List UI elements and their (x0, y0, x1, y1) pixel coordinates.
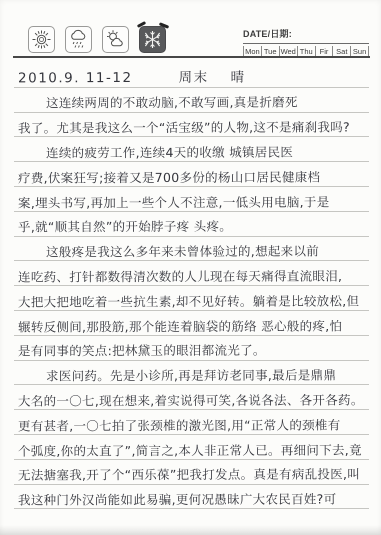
handwriting-line: 求医问药。先是小诊所,再是拜访老同事,最后是鼎鼎 (14, 361, 369, 386)
handwriting-line: 辗转反侧间,那股筋,那个能连着脑袋的筋络 恶心般的疼,怕 (14, 311, 369, 336)
notebook-header: DATE/日期: Mon Tue Wed Thu Fir Sat Sun (0, 0, 381, 58)
ruled-writing-area: 2010.9. 11-12周末晴 这连续两周的不敢动脑,不敢写画,真是折磨死 我… (14, 63, 369, 509)
header-divider (13, 56, 370, 58)
handwriting-line: 更有甚者,一〇七拍了张颈椎的激光图,用“正常人的颈椎有 (14, 410, 369, 435)
date-block: DATE/日期: Mon Tue Wed Thu Fir Sat Sun (243, 27, 369, 58)
handwriting-line: 是有同事的笑点:把林黛玉的眼泪都流光了。 (14, 336, 369, 361)
handwriting-line: 我这种门外汉尚能如此易骗,更何况愚昧广大农民百姓?可 (14, 485, 369, 510)
handwriting-line: 大名的一〇七,现在想来,着实说得可笑,各说各法、各开各药。 (14, 385, 369, 410)
handwriting-line: 连吃药、打针都数得清次数的人儿现在每天痛得直流眼泪, (14, 261, 369, 286)
entry-week: 周末 (179, 69, 209, 85)
handwriting-line: 这般疼是我这么多年来未曾体验过的,想起来以前 (14, 237, 369, 262)
entry-date: 2010.9. 11-12 (18, 70, 133, 86)
handwriting-line: 案,埋头书写,再加上一些个人不注意,一低头用电脑,于是 (14, 187, 369, 212)
handwriting-line: 个弧度,你的太直了”,简言之,本人非正常人已。再细问下去,竟 (14, 435, 369, 460)
pen-mark (159, 22, 169, 29)
handwriting-line: 疗费,伏案狂写;接着又是700多份的杨山口居民健康档 (14, 162, 369, 187)
date-label: DATE/日期: (243, 27, 369, 44)
handwriting-line: 大把大把地吃着一些抗生素,却不见好转。躺着是比较放松,但 (14, 286, 369, 311)
sun-icon (28, 26, 55, 53)
handwriting-line: 我了。尤其是我这么一个“活宝级”的人物,这不是痛刹我吗? (14, 113, 369, 138)
handwriting-line: 这连续两周的不敢动脑,不敢写画,真是折磨死 (14, 88, 369, 113)
entry-date-line: 2010.9. 11-12周末晴 (14, 63, 369, 88)
pen-mark (137, 21, 146, 28)
diary-page: DATE/日期: Mon Tue Wed Thu Fir Sat Sun 201… (0, 0, 381, 535)
snow-icon (139, 26, 166, 53)
handwriting-line: 连续的疲劳工作,连续4天的收缴 城镇居民医 (14, 137, 369, 162)
rain-icon (65, 26, 92, 53)
handwriting-line: 乎,就“顺其自然”的开始脖子疼 头疼。 (14, 212, 369, 237)
entry-weather: 晴 (231, 69, 246, 85)
partly-cloudy-icon (102, 26, 129, 53)
handwriting-line: 无法搪塞我,开了个“西乐葆”把我打发点。真是有病乱投医,叫 (14, 460, 369, 485)
handwritten-date-line: 2010.9. 11-12周末晴 (14, 70, 246, 87)
weather-icon-row (28, 26, 166, 53)
